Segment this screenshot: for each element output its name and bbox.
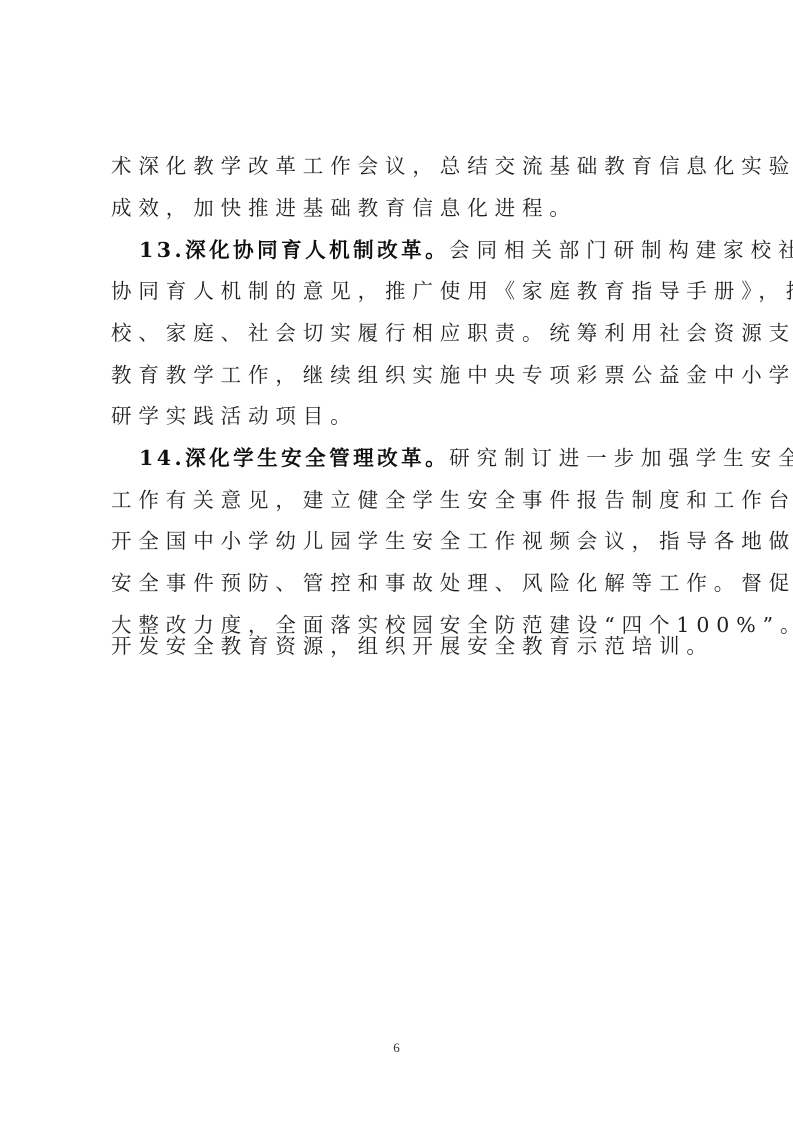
section-heading-14: 14.深化学生安全管理改革。 bbox=[139, 446, 449, 470]
paragraph-text: 会同相关部门研制构建家校社 bbox=[449, 238, 793, 262]
paragraph-line: 校、家庭、社会切实履行相应职责。统筹利用社会资源支持学校 bbox=[111, 318, 711, 348]
paragraph-line: 开全国中小学幼儿园学生安全工作视频会议，指导各地做好校园 bbox=[111, 526, 711, 556]
section-13-first-line: 13.深化协同育人机制改革。会同相关部门研制构建家校社 bbox=[139, 235, 739, 265]
paragraph-line: 教育教学工作，继续组织实施中央专项彩票公益金中小学生校外 bbox=[111, 360, 711, 390]
page-number: 6 bbox=[0, 1040, 793, 1056]
section-heading-13: 13.深化协同育人机制改革。 bbox=[139, 238, 449, 262]
paragraph-line: 安全事件预防、管控和事故处理、风险化解等工作。督促各地加 bbox=[111, 568, 711, 598]
paragraph-line: 成效，加快推进基础教育信息化进程。 bbox=[111, 193, 711, 223]
paragraph-text: 研究制订进一步加强学生安全 bbox=[449, 446, 793, 470]
paragraph-line: 工作有关意见，建立健全学生安全事件报告制度和工作台账，召 bbox=[111, 485, 711, 515]
paragraph-line: 协同育人机制的意见，推广使用《家庭教育指导手册》，推动学 bbox=[111, 276, 711, 306]
section-14-first-line: 14.深化学生安全管理改革。研究制订进一步加强学生安全 bbox=[139, 443, 739, 473]
document-page: 术深化教学改革工作会议，总结交流基础教育信息化实验区经验 成效，加快推进基础教育… bbox=[0, 0, 793, 1122]
paragraph-line: 开发安全教育资源，组织开展安全教育示范培训。 bbox=[111, 631, 711, 661]
paragraph-line: 术深化教学改革工作会议，总结交流基础教育信息化实验区经验 bbox=[111, 151, 711, 181]
paragraph-line: 研学实践活动项目。 bbox=[111, 401, 711, 431]
